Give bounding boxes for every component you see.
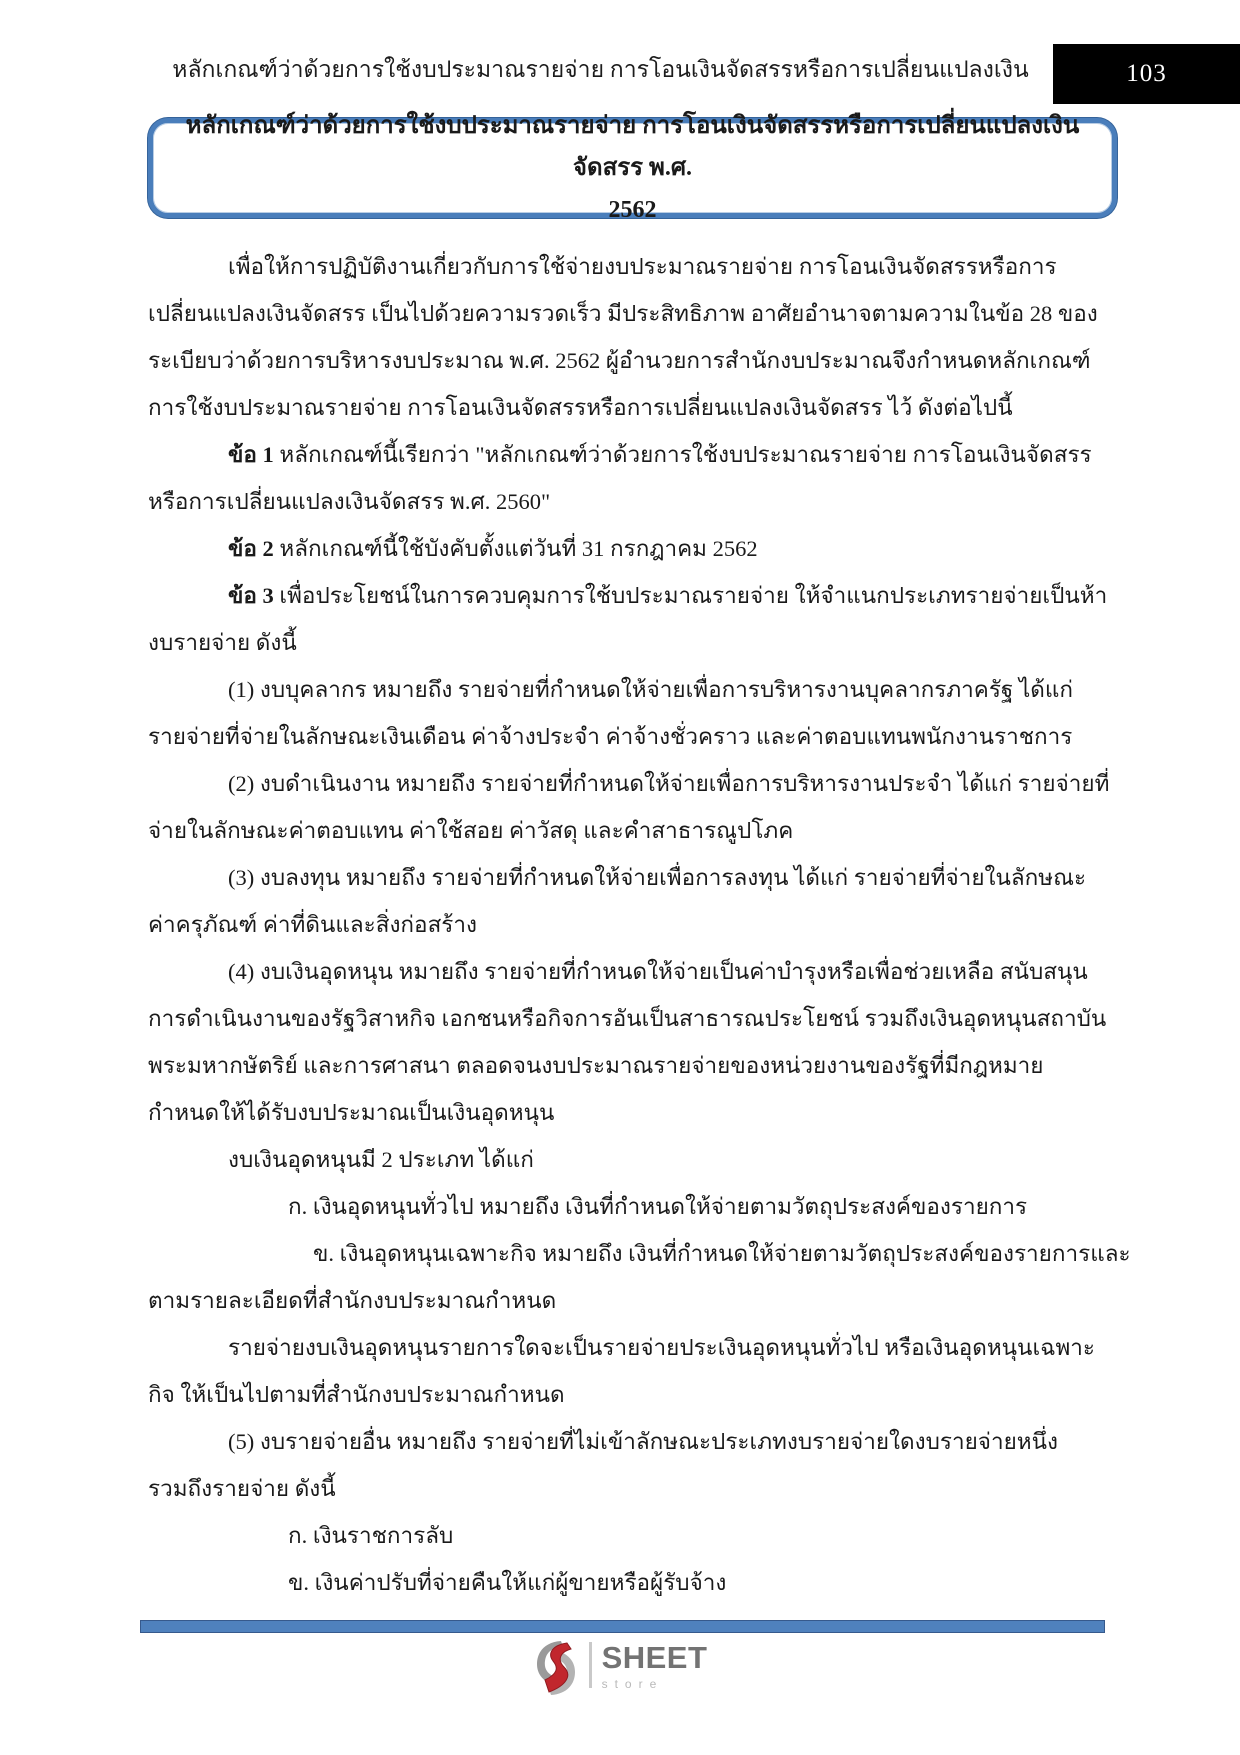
body-line: (2) งบดำเนินงาน หมายถึง รายจ่ายที่กำหนดใ…	[148, 760, 1115, 807]
body-line-text: ข. เงินค่าปรับที่จ่ายคืนให้แก่ผู้ขายหรือ…	[288, 1570, 726, 1595]
body-line-text: พระมหากษัตริย์ และการศาสนา ตลอดจนงบประมา…	[148, 1053, 1044, 1078]
body-line-text: (2) งบดำเนินงาน หมายถึง รายจ่ายที่กำหนดใ…	[228, 771, 1109, 796]
body-line-text: (3) งบลงทุน หมายถึง รายจ่ายที่กำหนดให้จ่…	[228, 865, 1086, 890]
clause-number: ข้อ 1	[228, 442, 279, 467]
body-line: ข้อ 1 หลักเกณฑ์นี้เรียกว่า "หลักเกณฑ์ว่า…	[148, 431, 1115, 478]
title-line-1: หลักเกณฑ์ว่าด้วยการใช้งบประมาณรายจ่าย กา…	[167, 105, 1098, 189]
body-line: (5) งบรายจ่ายอื่น หมายถึง รายจ่ายที่ไม่เ…	[148, 1418, 1115, 1465]
body-line: (1) งบบุคลากร หมายถึง รายจ่ายที่กำหนดให้…	[148, 666, 1115, 713]
page-number: 103	[1126, 60, 1167, 88]
document-title-box: หลักเกณฑ์ว่าด้วยการใช้งบประมาณรายจ่าย กา…	[148, 118, 1117, 218]
body-line: (4) งบเงินอุดหนุน หมายถึง รายจ่ายที่กำหน…	[148, 948, 1115, 995]
footer-divider	[140, 1620, 1105, 1633]
body-line: การใช้งบประมาณรายจ่าย การโอนเงินจัดสรรหร…	[148, 384, 1115, 431]
logo-subtext: store	[602, 1678, 708, 1690]
body-line-text: เพื่อให้การปฏิบัติงานเกี่ยวกับการใช้จ่าย…	[228, 254, 1057, 279]
body-line: ข้อ 2 หลักเกณฑ์นี้ใช้บังคับตั้งแต่วันที่…	[148, 525, 1115, 572]
body-line: รายจ่ายงบเงินอุดหนุนรายการใดจะเป็นรายจ่า…	[148, 1324, 1115, 1371]
body-line: ข. เงินค่าปรับที่จ่ายคืนให้แก่ผู้ขายหรือ…	[148, 1559, 1115, 1606]
body-line-text: ก. เงินราชการลับ	[288, 1523, 453, 1548]
body-line: กำหนดให้ได้รับงบประมาณเป็นเงินอุดหนุน	[148, 1089, 1115, 1136]
body-line-text: การใช้งบประมาณรายจ่าย การโอนเงินจัดสรรหร…	[148, 395, 1013, 420]
body-line-text: จ่ายในลักษณะค่าตอบแทน ค่าใช้สอย ค่าวัสดุ…	[148, 818, 793, 843]
body-line-text: กิจ ให้เป็นไปตามที่สำนักงบประมาณกำหนด	[148, 1382, 565, 1407]
body-line: จ่ายในลักษณะค่าตอบแทน ค่าใช้สอย ค่าวัสดุ…	[148, 807, 1115, 854]
body-line-text: เปลี่ยนแปลงเงินจัดสรร เป็นไปด้วยความรวดเ…	[148, 301, 1098, 326]
body-line-text: (5) งบรายจ่ายอื่น หมายถึง รายจ่ายที่ไม่เ…	[228, 1429, 1058, 1454]
logo-text: SHEET	[602, 1642, 708, 1673]
body-line: พระมหากษัตริย์ และการศาสนา ตลอดจนงบประมา…	[148, 1042, 1115, 1089]
body-line-text: การดำเนินงานของรัฐวิสาหกิจ เอกชนหรือกิจก…	[148, 1006, 1106, 1031]
title-line-2: 2562	[609, 189, 657, 231]
body-line: รวมถึงรายจ่าย ดังนี้	[148, 1465, 1115, 1512]
sheet-store-s-icon	[533, 1640, 579, 1696]
body-line-text: หรือการเปลี่ยนแปลงเงินจัดสรร พ.ศ. 2560"	[148, 489, 550, 514]
body-line-text: ระเบียบว่าด้วยการบริหารงบประมาณ พ.ศ. 256…	[148, 348, 1091, 373]
body-line-text: รายจ่ายที่จ่ายในลักษณะเงินเดือน ค่าจ้างป…	[148, 724, 1072, 749]
body-line-text: งบเงินอุดหนุนมี 2 ประเภท ได้แก่	[228, 1147, 534, 1172]
body-line-text: ข. เงินอุดหนุนเฉพาะกิจ หมายถึง เงินที่กำ…	[313, 1241, 1131, 1266]
body-line: รายจ่ายที่จ่ายในลักษณะเงินเดือน ค่าจ้างป…	[148, 713, 1115, 760]
body-line: ก. เงินอุดหนุนทั่วไป หมายถึง เงินที่กำหน…	[148, 1183, 1115, 1230]
body-line-text: หลักเกณฑ์นี้ใช้บังคับตั้งแต่วันที่ 31 กร…	[279, 536, 757, 561]
footer-logo: SHEET store	[0, 1640, 1240, 1696]
body-line: การดำเนินงานของรัฐวิสาหกิจ เอกชนหรือกิจก…	[148, 995, 1115, 1042]
document-page: { "page": { "number": "103" }, "header":…	[0, 0, 1240, 1755]
body-line-text: ตามรายละเอียดที่สำนักงบประมาณกำหนด	[148, 1288, 556, 1313]
body-line: ตามรายละเอียดที่สำนักงบประมาณกำหนด	[148, 1277, 1115, 1324]
page-number-box: 103	[1053, 44, 1240, 104]
body-line: ระเบียบว่าด้วยการบริหารงบประมาณ พ.ศ. 256…	[148, 337, 1115, 384]
body-line: ข้อ 3 เพื่อประโยชน์ในการควบคุมการใช้บประ…	[148, 572, 1115, 619]
document-body: เพื่อให้การปฏิบัติงานเกี่ยวกับการใช้จ่าย…	[148, 243, 1115, 1606]
running-header-title: หลักเกณฑ์ว่าด้วยการใช้งบประมาณรายจ่าย กา…	[148, 52, 1053, 88]
body-line-text: กำหนดให้ได้รับงบประมาณเป็นเงินอุดหนุน	[148, 1100, 554, 1125]
body-line: ค่าครุภัณฑ์ ค่าที่ดินและสิ่งก่อสร้าง	[148, 901, 1115, 948]
logo-divider-bar	[589, 1642, 592, 1688]
clause-number: ข้อ 2	[228, 536, 279, 561]
body-line-text: (4) งบเงินอุดหนุน หมายถึง รายจ่ายที่กำหน…	[228, 959, 1088, 984]
clause-number: ข้อ 3	[228, 583, 279, 608]
body-line: กิจ ให้เป็นไปตามที่สำนักงบประมาณกำหนด	[148, 1371, 1115, 1418]
body-line-text: หลักเกณฑ์นี้เรียกว่า "หลักเกณฑ์ว่าด้วยกา…	[279, 442, 1091, 467]
body-line-text: ค่าครุภัณฑ์ ค่าที่ดินและสิ่งก่อสร้าง	[148, 912, 477, 937]
body-line-text: งบรายจ่าย ดังนี้	[148, 630, 297, 655]
body-line-text: รายจ่ายงบเงินอุดหนุนรายการใดจะเป็นรายจ่า…	[228, 1335, 1095, 1360]
body-line: เปลี่ยนแปลงเงินจัดสรร เป็นไปด้วยความรวดเ…	[148, 290, 1115, 337]
body-line: งบเงินอุดหนุนมี 2 ประเภท ได้แก่	[148, 1136, 1115, 1183]
body-line-text: ก. เงินอุดหนุนทั่วไป หมายถึง เงินที่กำหน…	[288, 1194, 1027, 1219]
body-line-text: เพื่อประโยชน์ในการควบคุมการใช้บประมาณราย…	[279, 583, 1107, 608]
body-line-text: (1) งบบุคลากร หมายถึง รายจ่ายที่กำหนดให้…	[228, 677, 1073, 702]
body-line-text: รวมถึงรายจ่าย ดังนี้	[148, 1476, 336, 1501]
body-line: ข. เงินอุดหนุนเฉพาะกิจ หมายถึง เงินที่กำ…	[148, 1230, 1115, 1277]
body-line: งบรายจ่าย ดังนี้	[148, 619, 1115, 666]
body-line: (3) งบลงทุน หมายถึง รายจ่ายที่กำหนดให้จ่…	[148, 854, 1115, 901]
body-line: ก. เงินราชการลับ	[148, 1512, 1115, 1559]
body-line: หรือการเปลี่ยนแปลงเงินจัดสรร พ.ศ. 2560"	[148, 478, 1115, 525]
body-line: เพื่อให้การปฏิบัติงานเกี่ยวกับการใช้จ่าย…	[148, 243, 1115, 290]
